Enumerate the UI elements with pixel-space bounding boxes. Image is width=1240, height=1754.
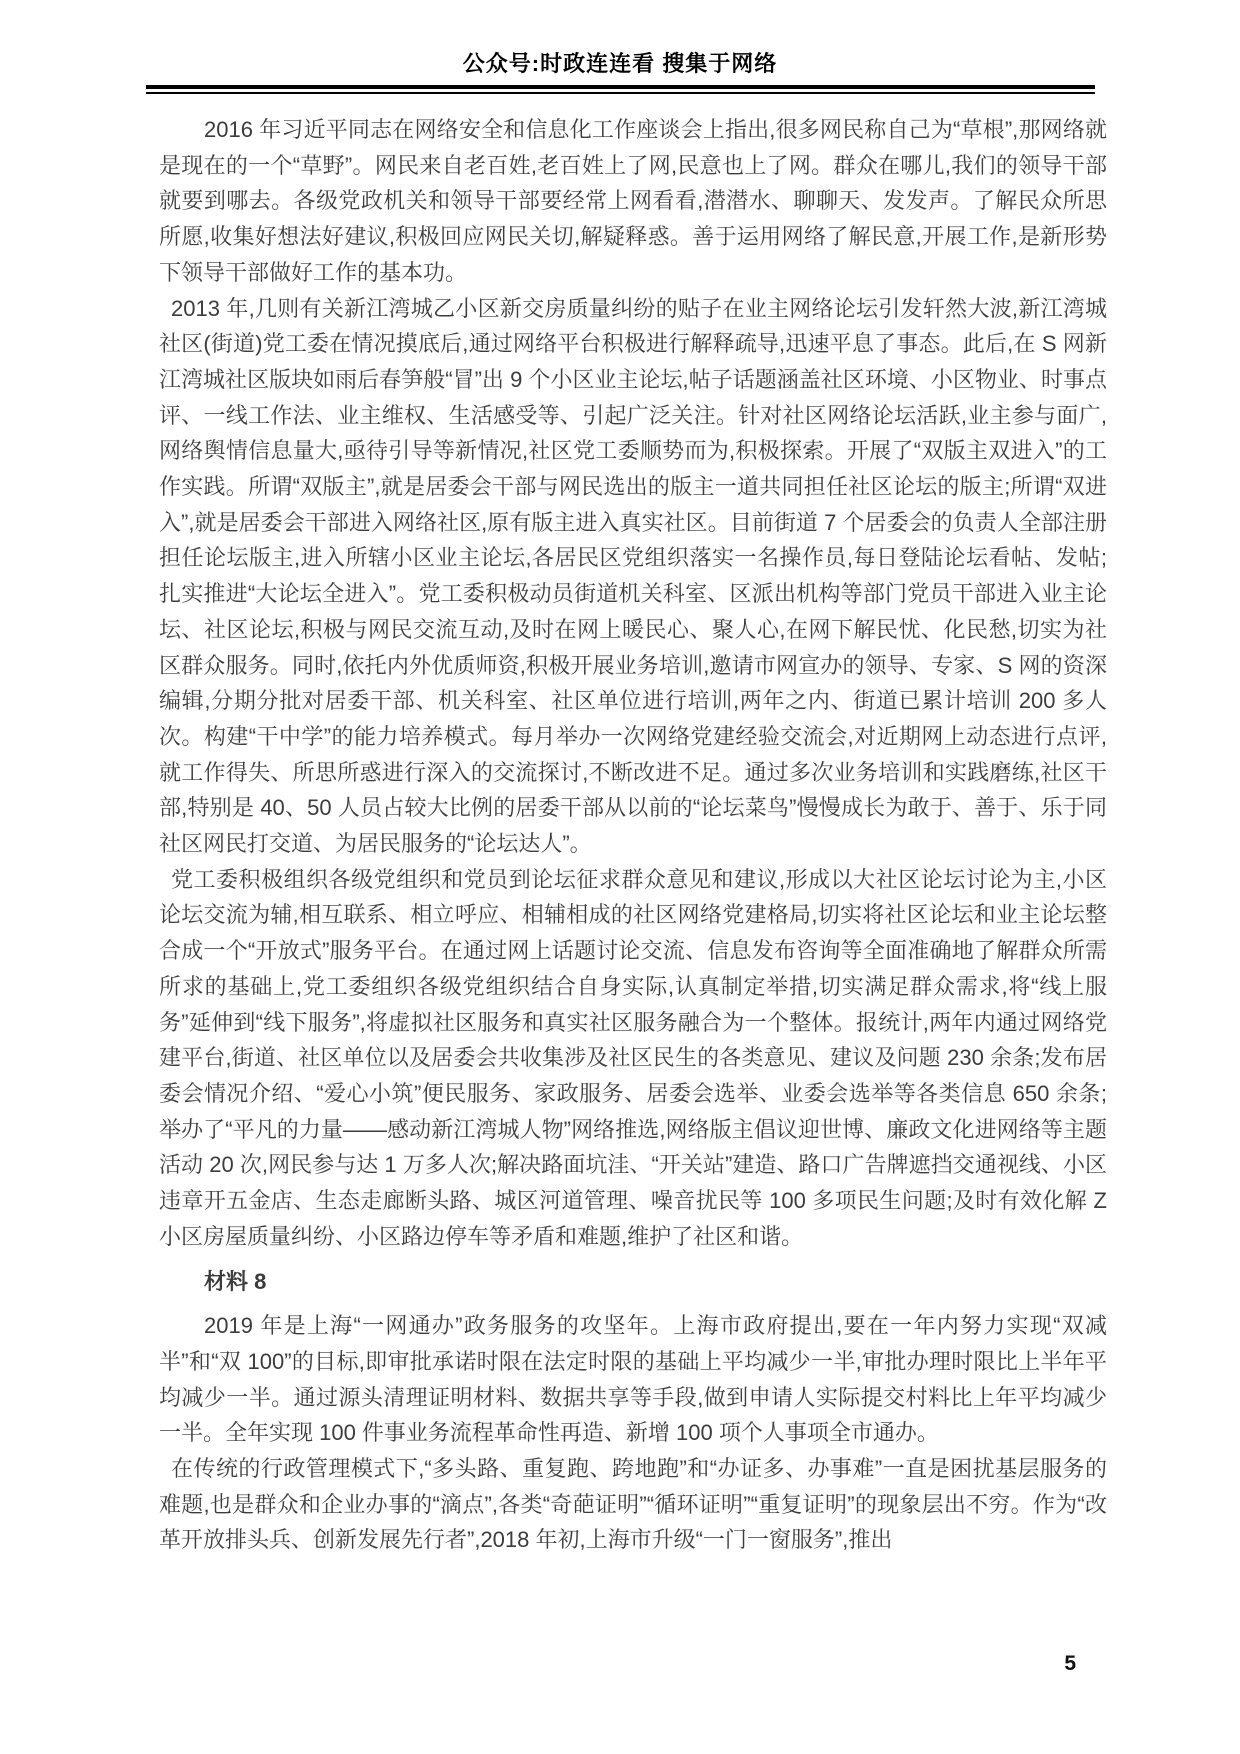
body-paragraph: 党工委积极组织各级党组织和党员到论坛征求群众意见和建议,形成以大社区论坛讨论为主… [159,862,1107,1255]
body-paragraph: 2013 年,几则有关新江湾城乙小区新交房质量纠纷的贴子在业主网络论坛引发轩然大… [159,291,1107,862]
document-page: 公众号:时政连连看 搜集于网络 2016 年习近平同志在网络安全和信息化工作座谈… [0,0,1240,1754]
header-divider-rule [146,85,1095,94]
document-body: 2016 年习近平同志在网络安全和信息化工作座谈会上指出,很多网民称自己为“草根… [159,112,1107,1558]
body-paragraph: 2019 年是上海“一网通办”政务服务的攻坚年。上海市政府提出,要在一年内努力实… [159,1308,1107,1451]
page-header-banner: 公众号:时政连连看 搜集于网络 [0,0,1240,78]
body-paragraph: 在传统的行政管理模式下,“多头路、重复跑、跨地跑”和“办证多、办事难”一直是困扰… [159,1451,1107,1558]
body-paragraph: 2016 年习近平同志在网络安全和信息化工作座谈会上指出,很多网民称自己为“草根… [159,112,1107,291]
material-heading: 材料 8 [159,1264,1107,1300]
page-number: 5 [1064,1652,1076,1676]
